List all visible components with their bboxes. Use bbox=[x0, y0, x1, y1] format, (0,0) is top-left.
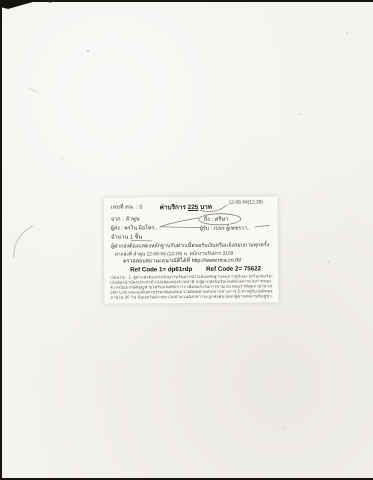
pencil-annotations bbox=[104, 196, 279, 304]
pencil-connector-line-upper bbox=[160, 218, 199, 227]
dust-speck bbox=[87, 50, 89, 52]
pencil-connector-line-lower bbox=[160, 226, 200, 227]
scan-edge-left bbox=[0, 0, 2, 480]
dust-speck bbox=[61, 157, 62, 158]
scan-edge-top-right-tick bbox=[365, 0, 373, 2]
scanned-page: เลขที่ ตน. : 5 ค่าบริการ 225 บาท 12-06-5… bbox=[0, 0, 373, 480]
pencil-underline-quantity bbox=[131, 240, 152, 241]
receipt-slip: เลขที่ ตน. : 5 ค่าบริการ 225 บาท 12-06-5… bbox=[104, 196, 279, 304]
dust-speck bbox=[346, 32, 348, 34]
pencil-arc-mark bbox=[14, 226, 33, 258]
pencil-curve-to-date bbox=[200, 205, 228, 212]
dust-speck bbox=[282, 427, 284, 429]
dust-speck bbox=[299, 113, 301, 115]
pencil-dash-after-receiver bbox=[255, 225, 270, 227]
pencil-circle-around-destination bbox=[199, 214, 241, 225]
scratch-mark bbox=[28, 88, 37, 92]
dust-speck bbox=[328, 261, 330, 263]
scan-corner-blotch bbox=[0, 0, 60, 14]
